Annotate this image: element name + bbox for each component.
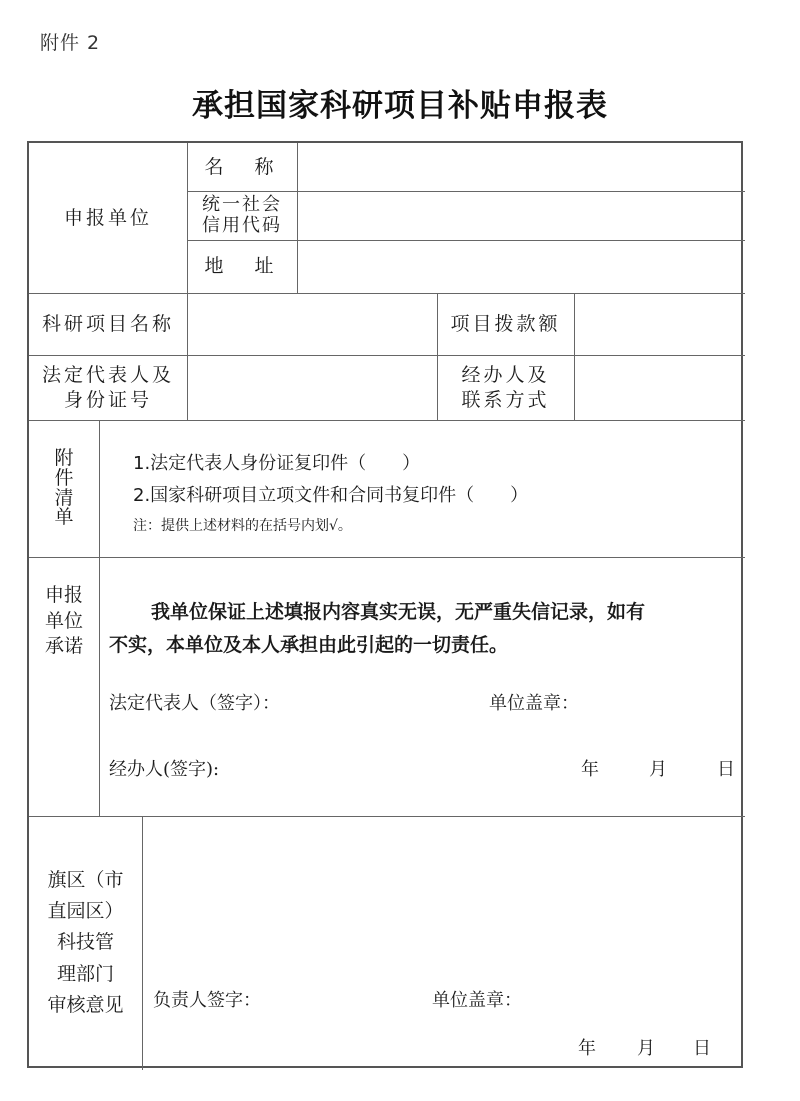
credit-code-label-line1: 统一社会 <box>202 195 282 216</box>
label-line: 科技管 <box>57 927 114 958</box>
divider <box>29 420 745 421</box>
address-label: 地 址 <box>187 240 297 293</box>
label-char: 清 <box>54 489 73 509</box>
label-line: 申报 <box>45 583 83 609</box>
commitment-text-line1: 我单位保证上述填报内容真实无误，无严重失信记录，如有 <box>151 597 645 624</box>
commitment-text-line2: 不实，本单位及本人承担由此引起的一切责任。 <box>109 630 508 657</box>
attachment-item-1[interactable]: 1.法定代表人身份证复印件（ ） <box>133 449 420 475</box>
divider <box>142 816 143 1070</box>
project-name-field[interactable] <box>189 294 437 355</box>
label-line: 单位 <box>45 609 83 635</box>
reviewer-signature-label: 负责人签字： <box>153 986 261 1012</box>
review-date-year: 年 <box>578 1034 596 1060</box>
commitment-date-year: 年 <box>581 755 599 781</box>
address-field[interactable] <box>299 241 745 293</box>
handler-contact-label: 经办人及 联系方式 <box>437 355 574 420</box>
applicant-section-label: 申报单位 <box>29 143 187 293</box>
label-line: 理部门 <box>57 959 114 990</box>
review-date-day: 日 <box>693 1034 711 1060</box>
legal-rep-label-line1: 法定代表人及 <box>42 363 174 388</box>
attachment-number: 附件 2 <box>40 28 100 55</box>
applicant-name-field[interactable] <box>299 143 745 191</box>
attachments-section-label: 附 件 清 单 <box>29 420 99 557</box>
legal-rep-label: 法定代表人及 身份证号 <box>29 355 187 420</box>
legal-rep-label-line2: 身份证号 <box>64 388 152 413</box>
handler-signature-label: 经办人(签字): <box>109 755 219 781</box>
form-title: 承担国家科研项目补贴申报表 <box>0 80 800 125</box>
credit-code-field[interactable] <box>299 192 745 240</box>
label-char: 单 <box>54 508 73 528</box>
handler-contact-field[interactable] <box>576 356 745 420</box>
divider <box>297 143 298 293</box>
review-section-label: 旗区（市 直园区） 科技管 理部门 审核意见 <box>29 816 142 1070</box>
label-line: 旗区（市 <box>47 865 123 896</box>
handler-label-line1: 经办人及 <box>461 363 549 388</box>
attachment-item-2[interactable]: 2.国家科研项目立项文件和合同书复印件（ ） <box>133 481 528 507</box>
review-opinion-field[interactable] <box>144 818 745 958</box>
credit-code-label: 统一社会 信用代码 <box>187 191 297 240</box>
divider <box>574 293 575 420</box>
label-char: 附 <box>54 449 73 469</box>
project-amount-field[interactable] <box>576 294 745 355</box>
review-seal-label: 单位盖章： <box>432 986 522 1012</box>
commitment-date-day: 日 <box>717 755 735 781</box>
credit-code-label-line2: 信用代码 <box>202 216 282 237</box>
attachments-note: 注：提供上述材料的在括号内划√。 <box>133 515 352 535</box>
legal-rep-id-field[interactable] <box>189 356 437 420</box>
handler-label-line2: 联系方式 <box>461 388 549 413</box>
application-form-table: 申报单位 名 称 统一社会 信用代码 地 址 科研项目名称 项目拨款额 法定代表… <box>27 141 743 1068</box>
project-amount-label: 项目拨款额 <box>437 293 574 355</box>
commitment-date-month: 月 <box>649 755 667 781</box>
divider <box>29 557 745 558</box>
label-line: 承诺 <box>45 634 83 660</box>
label-line: 审核意见 <box>47 990 123 1021</box>
review-date-month: 月 <box>637 1034 655 1060</box>
applicant-name-label: 名 称 <box>187 143 297 191</box>
label-line: 直园区） <box>47 896 123 927</box>
legal-rep-signature-label: 法定代表人（签字）： <box>109 689 280 715</box>
commitment-seal-label: 单位盖章： <box>489 689 579 715</box>
label-char: 件 <box>54 469 73 489</box>
commitment-section-label: 申报 单位 承诺 <box>29 583 99 660</box>
project-name-label: 科研项目名称 <box>29 293 187 355</box>
divider <box>99 420 100 816</box>
